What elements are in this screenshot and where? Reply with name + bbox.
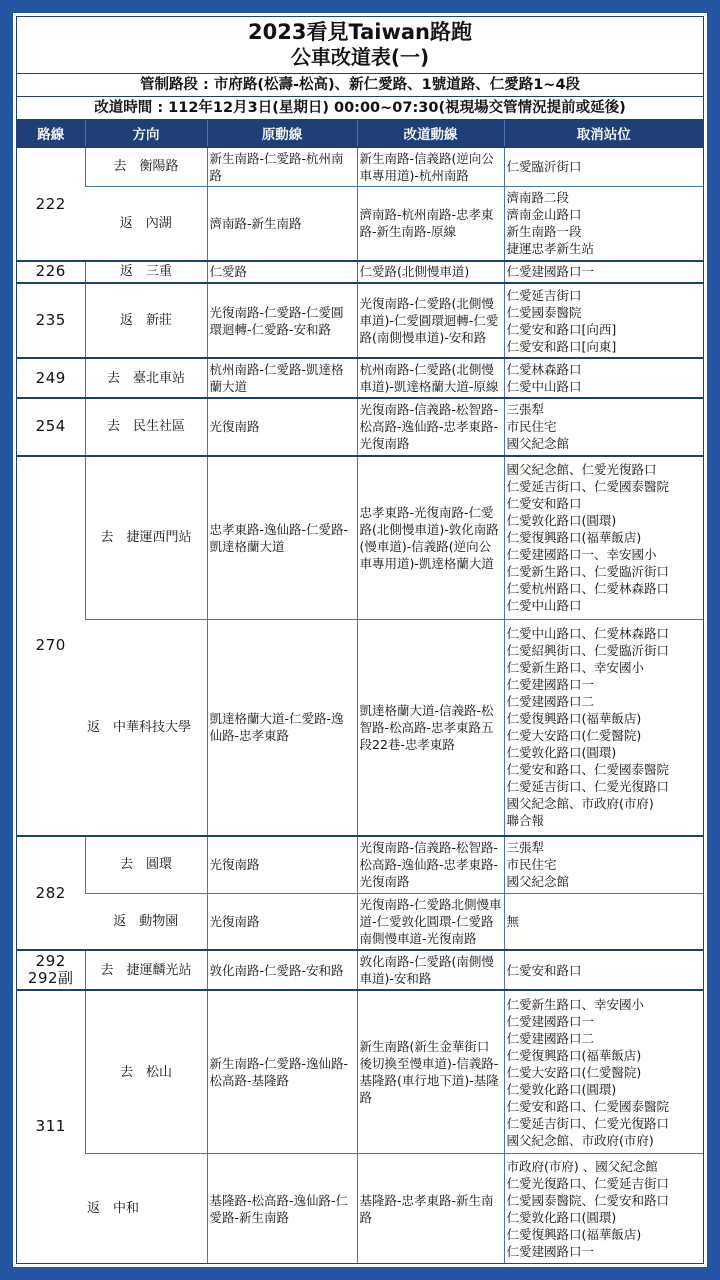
route-number: 292 292副 [17,950,85,990]
routes-table-wrap: 路線 方向 原動線 改道動線 取消站位 222去 衡陽路新生南路-仁愛路-杭州南… [17,120,703,1263]
original-route-cell: 忠孝東路-逸仙路-仁愛路-凱達格蘭大道 [207,456,357,620]
original-route-cell: 敦化南路-仁愛路-安和路 [207,950,357,990]
table-row: 返 中華科技大學凱達格蘭大道-仁愛路-逸仙路-忠孝東路凱達格蘭大道-信義路-松智… [17,619,703,836]
rerouted-route-cell: 忠孝東路-光復南路-仁愛路(北側慢車道)-敦化南路(慢車道)-信義路(逆向公車專… [357,456,504,620]
rerouted-route-cell: 基隆路-忠孝東路-新生南路 [357,1154,504,1263]
rerouted-route-cell: 光復南路-仁愛路北側慢車道-仁愛敦化圓環-仁愛路南側慢車道-光復南路 [357,893,504,950]
rerouted-route-cell: 新生南路-信義路(逆向公車專用道)-杭州南路 [357,147,504,186]
original-route-cell: 光復南路 [207,398,357,456]
rerouted-route-cell: 光復南路-信義路-松智路-松高路-逸仙路-忠孝東路-光復南路 [357,836,504,893]
original-route-cell: 新生南路-仁愛路-杭州南路 [207,147,357,186]
cancelled-stops-cell: 三張犁 市民住宅 國父紀念館 [504,836,703,893]
cancelled-stops-cell: 仁愛延吉街口 仁愛國泰醫院 仁愛安和路口[向西] 仁愛安和路口[向東] [504,283,703,358]
rerouted-route-cell: 仁愛路(北側慢車道) [357,261,504,283]
direction-cell: 返 三重 [85,261,207,283]
rerouted-route-cell: 敦化南路-仁愛路(南側慢車道)-安和路 [357,950,504,990]
page-subtitle: 公車改道表(一) [17,45,703,69]
original-route-cell: 杭州南路-仁愛路-凱達格蘭大道 [207,358,357,398]
cancelled-stops-cell: 三張犁 市民住宅 國父紀念館 [504,398,703,456]
direction-cell: 去 臺北車站 [85,358,207,398]
table-row: 254去 民生社區光復南路光復南路-信義路-松智路-松高路-逸仙路-忠孝東路-光… [17,398,703,456]
route-number: 222 [17,147,85,261]
original-route-cell: 光復南路 [207,836,357,893]
route-number: 311 [17,990,85,1263]
cancelled-stops-cell: 國父紀念館、仁愛光復路口 仁愛延吉街口、仁愛國泰醫院 仁愛安和路口 仁愛敦化路口… [504,456,703,620]
table-row: 返 內湖濟南路-新生南路濟南路-杭州南路-忠孝東路-新生南路-原線濟南路二段 濟… [17,186,703,261]
table-row: 返 中和基隆路-松高路-逸仙路-仁愛路-新生南路基隆路-忠孝東路-新生南路市政府… [17,1154,703,1263]
direction-cell: 去 捷運麟光站 [85,950,207,990]
rerouted-route-cell: 新生南路(新生金華街口後切換至慢車道)-信義路-基隆路(車行地下道)-基隆路 [357,990,504,1154]
bus-reroute-notice: { "colors": { "frame_blue": "#2456A4", "… [0,0,720,1280]
direction-cell: 去 松山 [85,990,207,1154]
cancelled-stops-cell: 仁愛林森路口 仁愛中山路口 [504,358,703,398]
routes-table-body: 222去 衡陽路新生南路-仁愛路-杭州南路新生南路-信義路(逆向公車專用道)-杭… [17,147,703,1263]
header-original-route: 原動線 [207,120,357,147]
table-row: 226返 三重仁愛路仁愛路(北側慢車道)仁愛建國路口一 [17,261,703,283]
direction-cell: 返 新莊 [85,283,207,358]
cancelled-stops-cell: 濟南路二段 濟南金山路口 新生南路一段 捷運忠孝新生站 [504,186,703,261]
direction-cell: 去 民生社區 [85,398,207,456]
original-route-cell: 凱達格蘭大道-仁愛路-逸仙路-忠孝東路 [207,619,357,836]
cancelled-stops-cell: 仁愛建國路口一 [504,261,703,283]
route-number: 235 [17,283,85,358]
route-number: 270 [17,456,85,837]
original-route-cell: 光復南路 [207,893,357,950]
original-route-cell: 光復南路-仁愛路-仁愛圓環迴轉-仁愛路-安和路 [207,283,357,358]
header-direction: 方向 [85,120,207,147]
route-number: 226 [17,261,85,283]
rerouted-route-cell: 光復南路-仁愛路(北側慢車道)-仁愛圓環迴轉-仁愛路(南側慢車道)-安和路 [357,283,504,358]
direction-cell: 去 衡陽路 [85,147,207,186]
route-number: 254 [17,398,85,456]
cancelled-stops-cell: 仁愛新生路口、幸安國小 仁愛建國路口一 仁愛建國路口二 仁愛復興路口(福華飯店)… [504,990,703,1154]
table-row: 311去 松山新生南路-仁愛路-逸仙路-松高路-基隆路新生南路(新生金華街口後切… [17,990,703,1154]
routes-table: 路線 方向 原動線 改道動線 取消站位 222去 衡陽路新生南路-仁愛路-杭州南… [17,120,703,1263]
original-route-cell: 仁愛路 [207,261,357,283]
rerouted-route-cell: 凱達格蘭大道-信義路-松智路-松高路-忠孝東路五段22巷-忠孝東路 [357,619,504,836]
route-number: 282 [17,836,85,950]
header-cancelled-stops: 取消站位 [504,120,703,147]
page-title: 2023看見Taiwan路跑 [17,20,703,45]
reroute-time-row: 改道時間 : 112年12月3日(星期日) 00:00~07:30(視現場交管情… [17,97,703,120]
route-number: 249 [17,358,85,398]
direction-cell: 返 中和 [85,1154,207,1263]
header-rerouted-route: 改道動線 [357,120,504,147]
direction-cell: 返 動物園 [85,893,207,950]
cancelled-stops-cell: 仁愛臨沂街口 [504,147,703,186]
original-route-cell: 新生南路-仁愛路-逸仙路-松高路-基隆路 [207,990,357,1154]
table-row: 270去 捷運西門站忠孝東路-逸仙路-仁愛路-凱達格蘭大道忠孝東路-光復南路-仁… [17,456,703,620]
rerouted-route-cell: 光復南路-信義路-松智路-松高路-逸仙路-忠孝東路-光復南路 [357,398,504,456]
direction-cell: 去 圓環 [85,836,207,893]
restricted-section-row: 管制路段 : 市府路(松壽-松高)、新仁愛路、1號道路、仁愛路1~4段 [17,74,703,97]
table-row: 249去 臺北車站杭州南路-仁愛路-凱達格蘭大道杭州南路-仁愛路(北側慢車道)-… [17,358,703,398]
cancelled-stops-cell: 仁愛中山路口、仁愛林森路口 仁愛紹興街口、仁愛臨沂街口 仁愛新生路口、幸安國小 … [504,619,703,836]
table-row: 返 動物園光復南路光復南路-仁愛路北側慢車道-仁愛敦化圓環-仁愛路南側慢車道-光… [17,893,703,950]
title-block: 2023看見Taiwan路跑 公車改道表(一) [17,17,703,74]
table-row: 282去 圓環光復南路光復南路-信義路-松智路-松高路-逸仙路-忠孝東路-光復南… [17,836,703,893]
direction-cell: 返 內湖 [85,186,207,261]
rerouted-route-cell: 濟南路-杭州南路-忠孝東路-新生南路-原線 [357,186,504,261]
table-row: 222去 衡陽路新生南路-仁愛路-杭州南路新生南路-信義路(逆向公車專用道)-杭… [17,147,703,186]
direction-cell: 返 中華科技大學 [85,619,207,836]
notice-sheet: 2023看見Taiwan路跑 公車改道表(一) 管制路段 : 市府路(松壽-松高… [16,16,704,1264]
header-route: 路線 [17,120,85,147]
table-row: 292 292副去 捷運麟光站敦化南路-仁愛路-安和路敦化南路-仁愛路(南側慢車… [17,950,703,990]
cancelled-stops-cell: 無 [504,893,703,950]
original-route-cell: 濟南路-新生南路 [207,186,357,261]
rerouted-route-cell: 杭州南路-仁愛路(北側慢車道)-凱達格蘭大道-原線 [357,358,504,398]
direction-cell: 去 捷運西門站 [85,456,207,620]
table-row: 235返 新莊光復南路-仁愛路-仁愛圓環迴轉-仁愛路-安和路光復南路-仁愛路(北… [17,283,703,358]
routes-table-header: 路線 方向 原動線 改道動線 取消站位 [17,120,703,147]
cancelled-stops-cell: 市政府(市府) 、國父紀念館 仁愛光復路口、仁愛延吉街口 仁愛國泰醫院、仁愛安和… [504,1154,703,1263]
cancelled-stops-cell: 仁愛安和路口 [504,950,703,990]
original-route-cell: 基隆路-松高路-逸仙路-仁愛路-新生南路 [207,1154,357,1263]
